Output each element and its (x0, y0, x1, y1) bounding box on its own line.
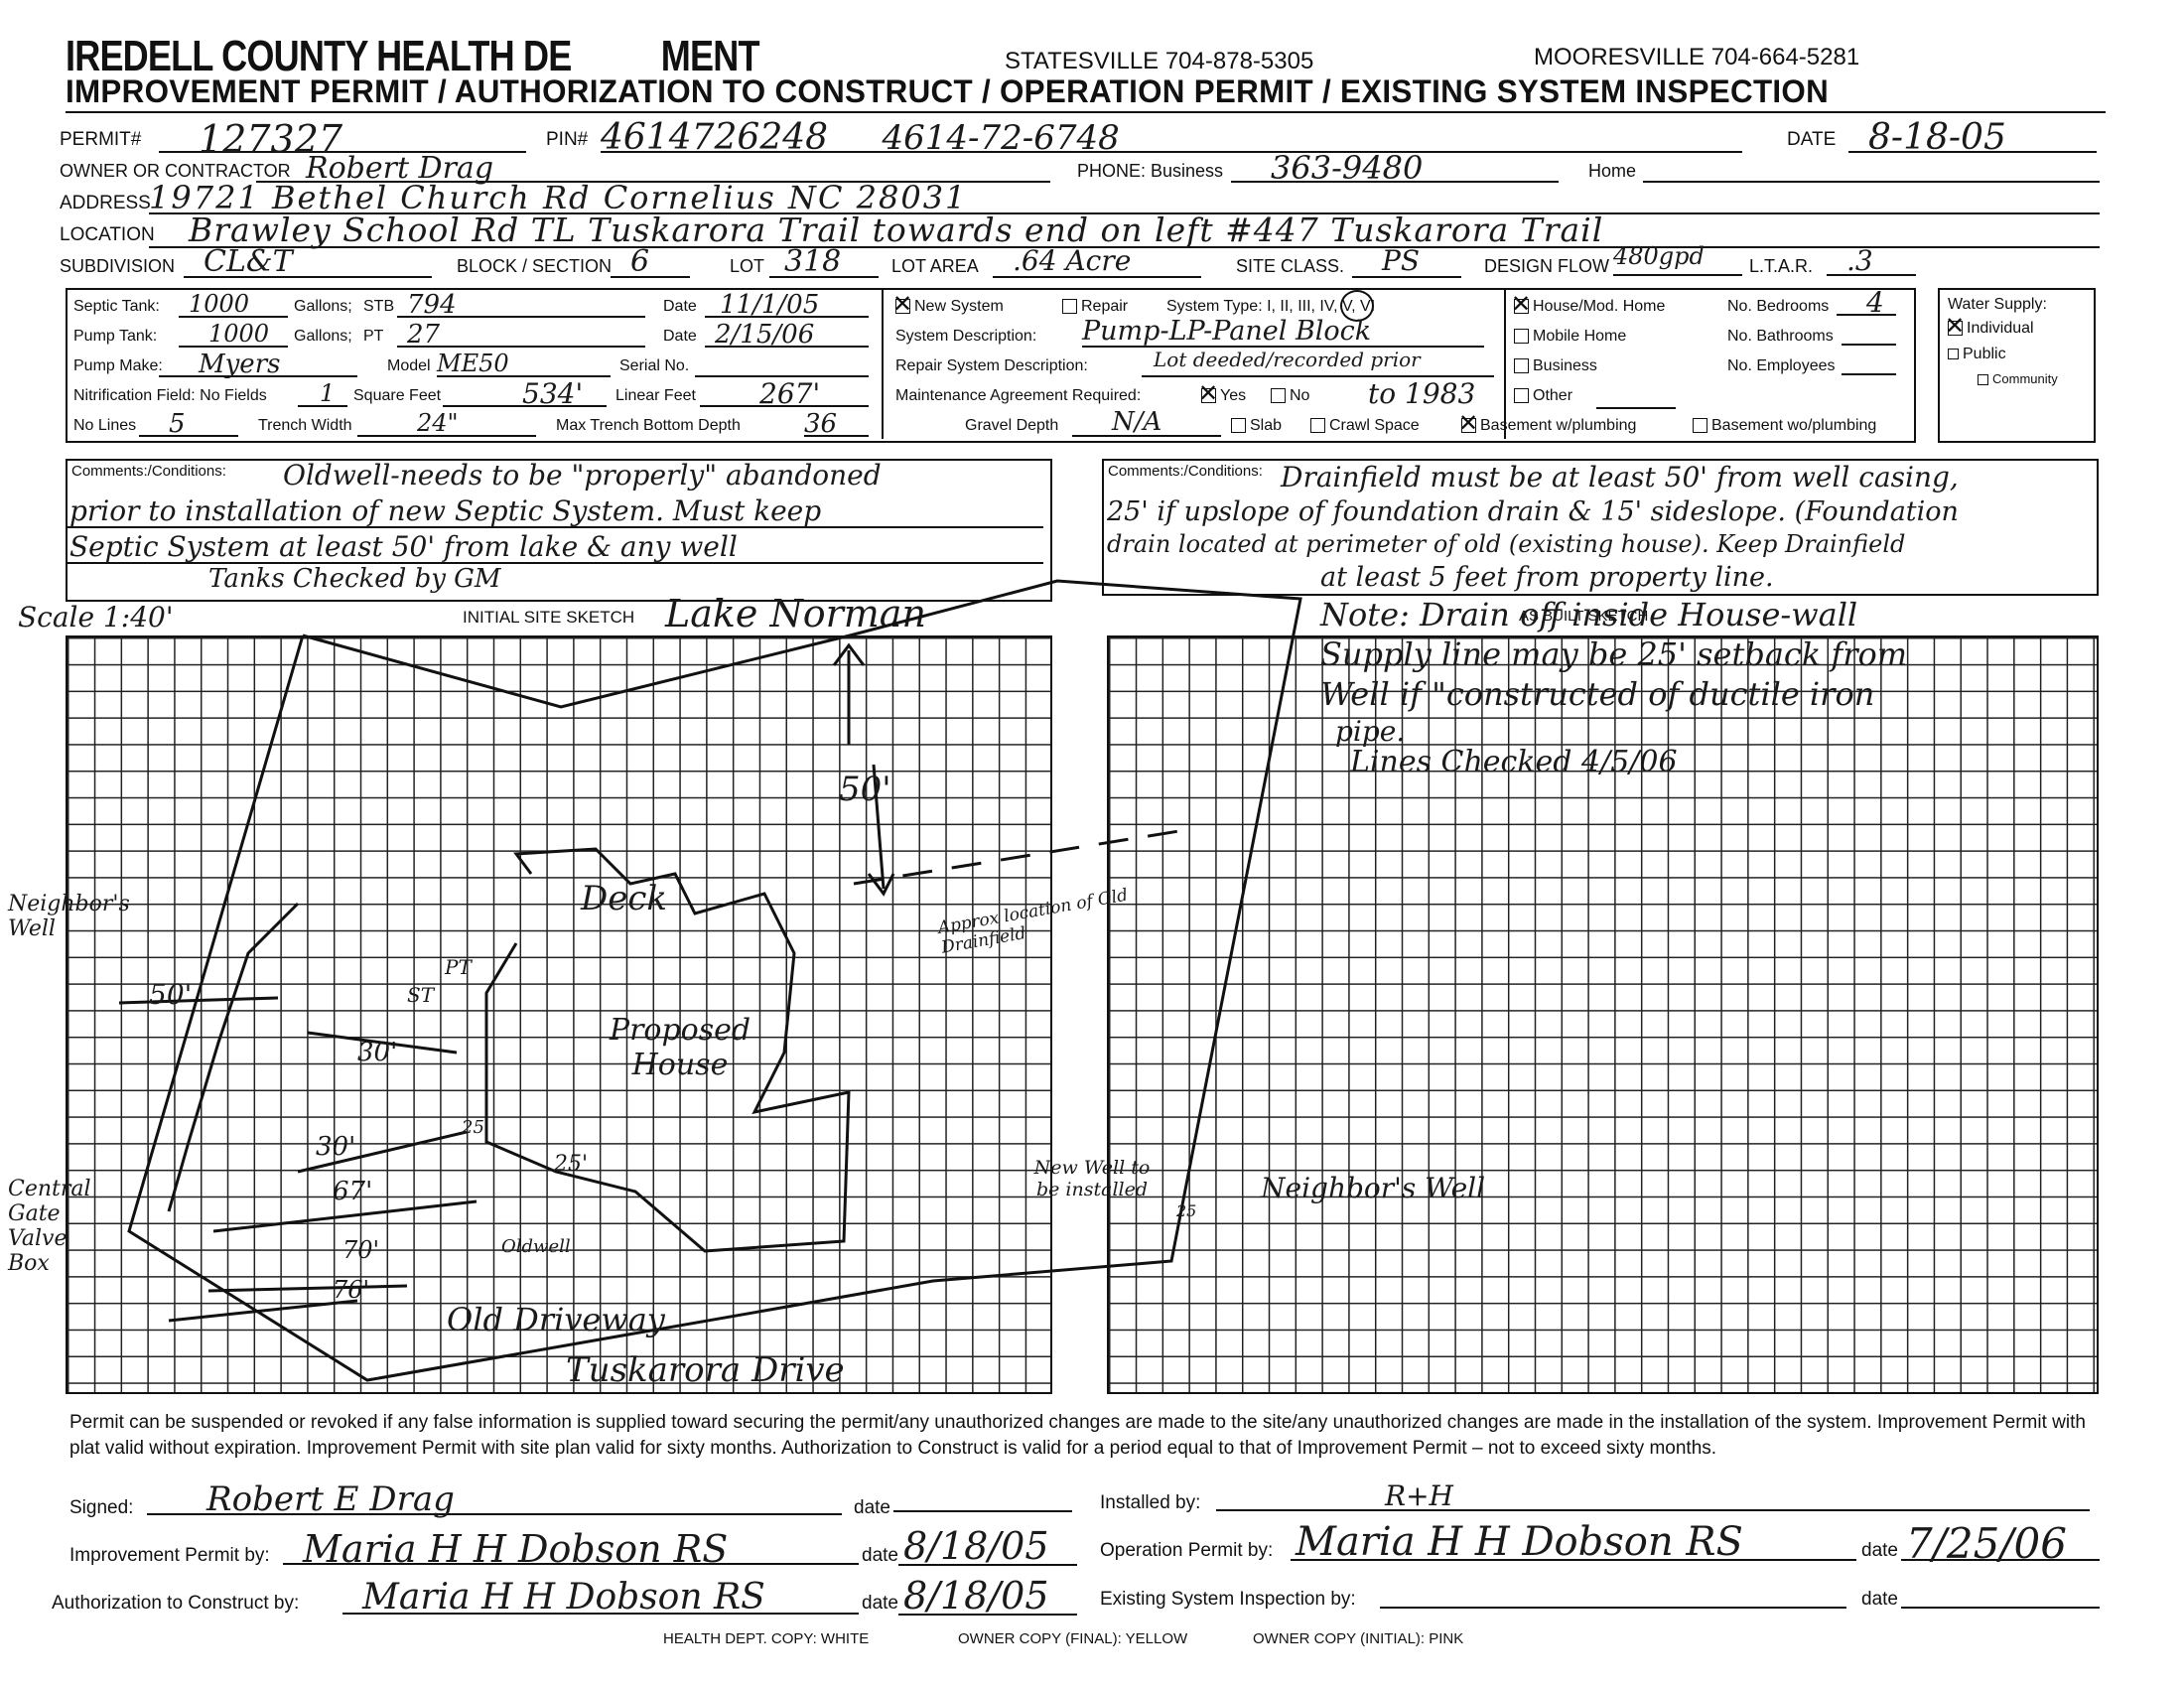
installed-by-value: R+H (1385, 1479, 1453, 1512)
improvement-signature: Maria H H Dobson RS (303, 1527, 728, 1571)
distance-67: 67' (333, 1177, 372, 1206)
copy-pink-label: OWNER COPY (INITIAL): PINK (1253, 1630, 1463, 1647)
authorization-date: 8/18/05 (903, 1574, 1049, 1618)
authorization-signature-field[interactable]: Maria H H Dobson RS (342, 1577, 859, 1615)
distance-25-a: 25 (462, 1117, 484, 1138)
operation-signature-field[interactable]: Maria H H Dobson RS (1291, 1519, 1856, 1561)
new-well-label: New Well to be installed (1032, 1157, 1152, 1200)
operation-date-label: date (1861, 1540, 1898, 1562)
existing-date-field[interactable] (1901, 1589, 2100, 1609)
road-label: Tuskarora Drive (566, 1350, 845, 1390)
deck-label: Deck (581, 879, 667, 918)
signed-date-label: date (854, 1497, 890, 1519)
improvement-date-field[interactable]: 8/18/05 (898, 1524, 1077, 1566)
distance-25-c: 25 (1176, 1201, 1196, 1220)
as-built-note-5: Lines Checked 4/5/06 (1350, 745, 1678, 779)
improvement-permit-label: Improvement Permit by: (69, 1545, 270, 1567)
authorization-signature: Maria H H Dobson RS (362, 1577, 765, 1618)
proposed-house-label: Proposed House (606, 1013, 754, 1082)
distance-25-b: 25' (554, 1152, 588, 1177)
old-driveway-label: Old Driveway (447, 1301, 665, 1338)
setback-50-label: 50' (839, 770, 891, 809)
signed-label: Signed: (69, 1497, 133, 1519)
operation-date-field[interactable]: 7/25/06 (1901, 1519, 2100, 1561)
st-label-sketch: ST (407, 983, 434, 1007)
owner-signature: Robert E Drag (206, 1479, 455, 1519)
as-built-note-3: Well if "constructed of ductile iron (1320, 675, 1874, 713)
copy-white-label: HEALTH DEPT. COPY: WHITE (663, 1630, 869, 1647)
signed-field[interactable]: Robert E Drag (147, 1479, 842, 1515)
existing-date-label: date (1861, 1589, 1898, 1611)
as-built-note-2: Supply line may be 25' setback from (1320, 635, 1907, 673)
as-built-note-4: pipe. (1335, 715, 1405, 748)
distance-30-a: 30' (357, 1038, 397, 1067)
operation-signature: Maria H H Dobson RS (1296, 1519, 1743, 1565)
gate-valve-label: Central Gate Valve Box (8, 1177, 97, 1276)
neighbors-well-right-label: Neighbor's Well (1261, 1172, 1489, 1204)
copy-yellow-label: OWNER COPY (FINAL): YELLOW (958, 1630, 1187, 1647)
distance-30-b: 30' (316, 1132, 355, 1162)
installed-by-field[interactable]: R+H (1216, 1479, 2090, 1511)
improvement-date: 8/18/05 (903, 1524, 1049, 1568)
operation-permit-label: Operation Permit by: (1100, 1540, 1273, 1562)
improvement-signature-field[interactable]: Maria H H Dobson RS (283, 1527, 859, 1565)
setback-50-left-label: 50' (149, 978, 192, 1011)
distance-70: 70' (342, 1236, 379, 1264)
authorization-date-label: date (862, 1593, 898, 1615)
authorization-label: Authorization to Construct by: (52, 1593, 299, 1615)
authorization-date-field[interactable]: 8/18/05 (898, 1574, 1077, 1616)
disclaimer: Permit can be suspended or revoked if an… (69, 1410, 2115, 1462)
pt-label-sketch: PT (445, 955, 472, 979)
existing-inspection-field[interactable] (1380, 1589, 1846, 1609)
existing-inspection-label: Existing System Inspection by: (1100, 1589, 1356, 1611)
neighbors-well-left-label: Neighbor's Well (8, 892, 137, 941)
improvement-date-label: date (862, 1545, 898, 1567)
operation-date: 7/25/06 (1906, 1519, 2067, 1568)
installed-by-label: Installed by: (1100, 1492, 1200, 1514)
oldwell-label: Oldwell (501, 1236, 571, 1257)
signed-date-field[interactable] (893, 1494, 1072, 1512)
distance-76: 76' (333, 1276, 369, 1304)
as-built-note-1: Note: Drain off inside House-wall (1320, 596, 1857, 633)
